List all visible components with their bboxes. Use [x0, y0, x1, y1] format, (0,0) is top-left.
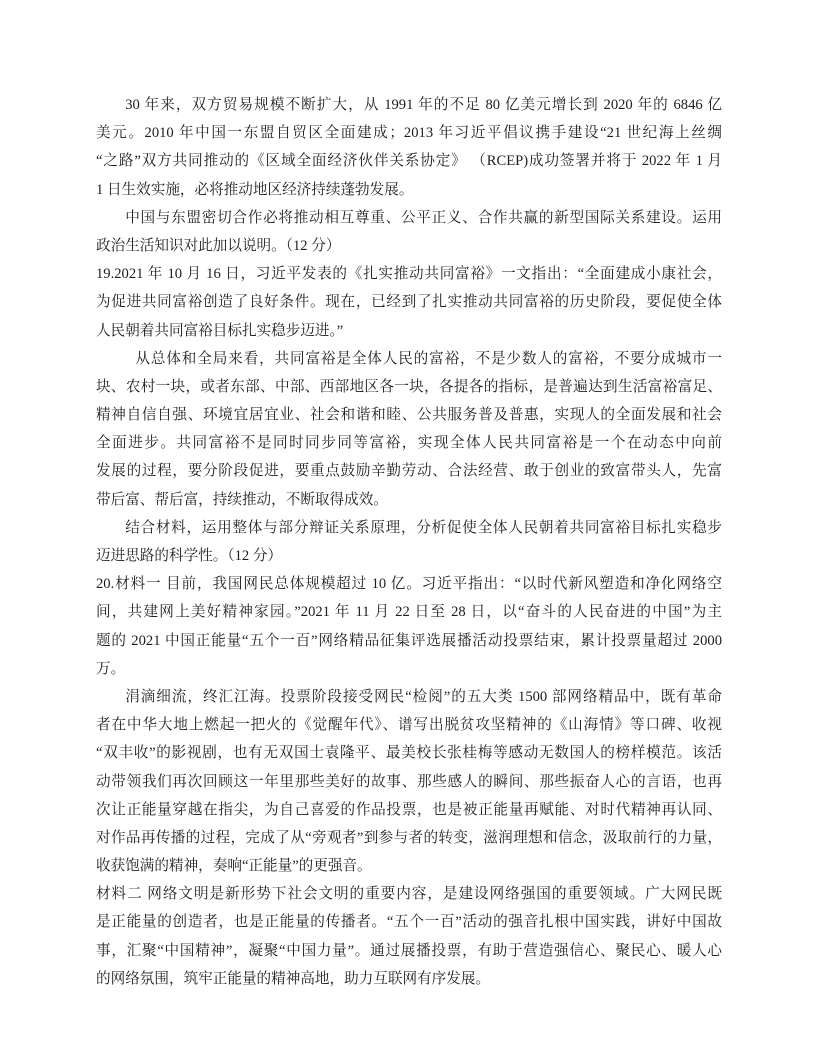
- text-line: 政治生活知识对此加以说明。（12 分）: [96, 232, 722, 260]
- text-line: 精神自信自强、环境宜居宜业、社会和谐和睦、公共服务普及普惠，实现人的全面发展和社…: [96, 401, 722, 429]
- document-page: 30 年来，双方贸易规模不断扩大，从 1991 年的不足 80 亿美元增长到 2…: [0, 0, 816, 1056]
- text-line: “双丰收”的影视剧，也有无双国士袁隆平、最美校长张桂梅等感动无数国人的榜样模范。…: [96, 739, 722, 767]
- paragraph: 从总体和全局来看，共同富裕是全体人民的富裕，不是少数人的富裕，不要分成城市一块、…: [96, 345, 722, 514]
- text-line: 事，汇聚“中国精神”，凝聚“中国力量”。通过展播投票，有助于营造强信心、聚民心、…: [96, 937, 722, 965]
- text-line: 20.材料一 目前，我国网民总体规模超过 10 亿。习近平指出：“以时代新风塑造…: [96, 570, 722, 598]
- paragraph: 20.材料一 目前，我国网民总体规模超过 10 亿。习近平指出：“以时代新风塑造…: [96, 570, 722, 683]
- text-line: 迈进思路的科学性。（12 分）: [96, 542, 722, 570]
- text-line: 30 年来，双方贸易规模不断扩大，从 1991 年的不足 80 亿美元增长到 2…: [96, 91, 722, 119]
- text-line: 次让正能量穿越在指尖，为自己喜爱的作品投票，也是被正能量再赋能、对时代精神再认同…: [96, 796, 722, 824]
- text-line: 美元。2010 年中国一东盟自贸区全面建成；2013 年习近平倡议携手建设“21…: [96, 119, 722, 147]
- text-line: 是正能量的创造者，也是正能量的传播者。“五个一百”活动的强音扎根中国实践，讲好中…: [96, 908, 722, 936]
- text-line: 全面进步。共同富裕不是同时同步同等富裕，实现全体人民共同富裕是一个在动态中向前: [96, 429, 722, 457]
- text-line: 为促进共同富裕创造了良好条件。现在，已经到了扎实推动共同富裕的历史阶段，要促使全…: [96, 288, 722, 316]
- paragraph: 中国与东盟密切合作必将推动相互尊重、公平正义、合作共赢的新型国际关系建设。运用政…: [96, 204, 722, 260]
- text-line: 收获饱满的精神，奏响“正能量”的更强音。: [96, 852, 722, 880]
- text-line: 题的 2021 中国正能量“五个一百”网络精品征集评选展播活动投票结束，累计投票…: [96, 627, 722, 655]
- text-line: 1 日生效实施，必将推动地区经济持续蓬勃发展。: [96, 176, 722, 204]
- paragraph: 材料二 网络文明是新形势下社会文明的重要内容，是建设网络强国的重要领域。广大网民…: [96, 880, 722, 993]
- text-line: 中国与东盟密切合作必将推动相互尊重、公平正义、合作共赢的新型国际关系建设。运用: [96, 204, 722, 232]
- text-line: 者在中华大地上燃起一把火的《觉醒年代》、谱写出脱贫攻坚精神的《山海情》等口碑、收…: [96, 711, 722, 739]
- text-line: 万。: [96, 655, 722, 683]
- text-line: 人民朝着共同富裕目标扎实稳步迈进。”: [96, 317, 722, 345]
- paragraph: 结合材料，运用整体与部分辩证关系原理，分析促使全体人民朝着共同富裕目标扎实稳步迈…: [96, 514, 722, 570]
- text-line: “之路”双方共同推动的《区域全面经济伙伴关系协定》 （RCEP)成功签署并将于 …: [96, 147, 722, 175]
- text-line: 从总体和全局来看，共同富裕是全体人民的富裕，不是少数人的富裕，不要分成城市一: [96, 345, 722, 373]
- text-line: 对作品再传播的过程，完成了从“旁观者”到参与者的转变，滋润理想和信念，汲取前行的…: [96, 824, 722, 852]
- text-line: 带后富、帮后富，持续推动，不断取得成效。: [96, 486, 722, 514]
- text-line: 的网络氛围，筑牢正能量的精神高地，助力互联网有序发展。: [96, 965, 722, 993]
- text-line: 块、农村一块，或者东部、中部、西部地区各一块，各提各的指标，是普遍达到生活富裕富…: [96, 373, 722, 401]
- text-line: 动带领我们再次回顾这一年里那些美好的故事、那些感人的瞬间、那些振奋人心的言语，也…: [96, 768, 722, 796]
- text-line: 19.2021 年 10 月 16 日，习近平发表的《扎实推动共同富裕》一文指出…: [96, 260, 722, 288]
- text-line: 涓滴细流，终汇江海。投票阶段接受网民“检阅”的五大类 1500 部网络精品中，既…: [96, 683, 722, 711]
- text-line: 间，共建网上美好精神家园。”2021 年 11 月 22 日至 28 日，以“奋…: [96, 598, 722, 626]
- paragraph: 19.2021 年 10 月 16 日，习近平发表的《扎实推动共同富裕》一文指出…: [96, 260, 722, 345]
- text-line: 材料二 网络文明是新形势下社会文明的重要内容，是建设网络强国的重要领域。广大网民…: [96, 880, 722, 908]
- text-line: 结合材料，运用整体与部分辩证关系原理，分析促使全体人民朝着共同富裕目标扎实稳步: [96, 514, 722, 542]
- paragraph: 涓滴细流，终汇江海。投票阶段接受网民“检阅”的五大类 1500 部网络精品中，既…: [96, 683, 722, 880]
- paragraph: 30 年来，双方贸易规模不断扩大，从 1991 年的不足 80 亿美元增长到 2…: [96, 91, 722, 204]
- text-line: 发展的过程，要分阶段促进，要重点鼓励辛勤劳动、合法经营、敢于创业的致富带头人，先…: [96, 457, 722, 485]
